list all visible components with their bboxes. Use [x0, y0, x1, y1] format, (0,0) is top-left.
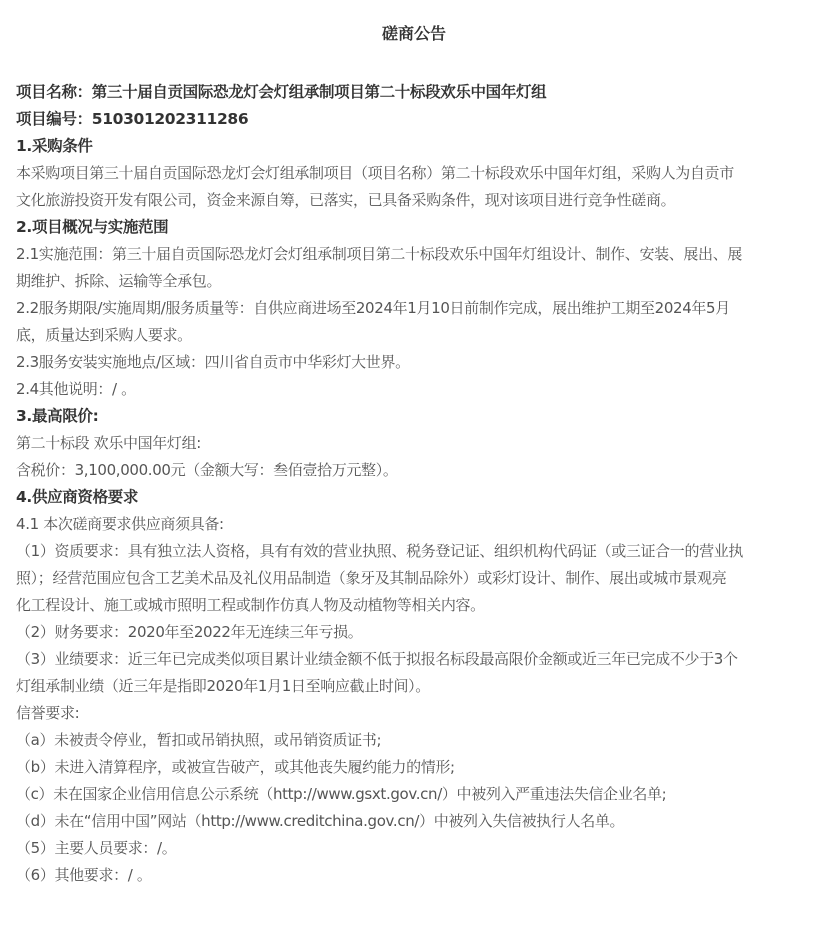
paragraph-line: 2.3服务安装实施地点/区域：四川省自贡市中华彩灯大世界。	[16, 349, 812, 376]
paragraph-line: 底，质量达到采购人要求。	[16, 322, 812, 349]
project-name-row: 项目名称：第三十届自贡国际恐龙灯会灯组承制项目第二十标段欢乐中国年灯组	[16, 79, 812, 106]
announcement-document: 磋商公告 项目名称：第三十届自贡国际恐龙灯会灯组承制项目第二十标段欢乐中国年灯组…	[0, 22, 828, 889]
paragraph-line: （a）未被责令停业，暂扣或吊销执照，或吊销资质证书;	[16, 727, 812, 754]
paragraph-line: （3）业绩要求：近三年已完成类似项目累计业绩金额不低于拟报名标段最高限价金额或近…	[16, 646, 812, 673]
project-number-value: 510301202311286	[92, 110, 249, 128]
section-heading-max-price: 3.最高限价:	[16, 403, 812, 430]
document-title: 磋商公告	[16, 22, 812, 46]
paragraph-line: 期维护、拆除、运输等全承包。	[16, 268, 812, 295]
paragraph-line: 2.2服务期限/实施周期/服务质量等：自供应商进场至2024年1月10日前制作完…	[16, 295, 812, 322]
paragraph-line: 灯组承制业绩（近三年是指即2020年1月1日至响应截止时间）。	[16, 673, 812, 700]
paragraph-line: （d）未在“信用中国”网站（http://www.creditchina.gov…	[16, 808, 812, 835]
section-heading-project-overview: 2.项目概况与实施范围	[16, 214, 812, 241]
paragraph-line: 本采购项目第三十届自贡国际恐龙灯会灯组承制项目（项目名称）第二十标段欢乐中国年灯…	[16, 160, 812, 187]
paragraph-line: 含税价：3,100,000.00元（金额大写：叁佰壹拾万元整）。	[16, 457, 812, 484]
paragraph-line: 化工程设计、施工或城市照明工程或制作仿真人物及动植物等相关内容。	[16, 592, 812, 619]
paragraph-line: （1）资质要求：具有独立法人资格，具有有效的营业执照、税务登记证、组织机构代码证…	[16, 538, 812, 565]
paragraph-line: 文化旅游投资开发有限公司，资金来源自筹，已落实，已具备采购条件，现对该项目进行竞…	[16, 187, 812, 214]
paragraph-line: （b）未进入清算程序，或被宣告破产，或其他丧失履约能力的情形;	[16, 754, 812, 781]
paragraph-line: （6）其他要求：/ 。	[16, 862, 812, 889]
project-name-value: 第三十届自贡国际恐龙灯会灯组承制项目第二十标段欢乐中国年灯组	[92, 83, 547, 101]
paragraph-line: 2.4其他说明：/ 。	[16, 376, 812, 403]
paragraph-line: （c）未在国家企业信用信息公示系统（http://www.gsxt.gov.cn…	[16, 781, 812, 808]
section-heading-supplier-qualifications: 4.供应商资格要求	[16, 484, 812, 511]
paragraph-line: 第二十标段 欢乐中国年灯组:	[16, 430, 812, 457]
project-number-label: 项目编号：	[16, 110, 92, 128]
paragraph-line: 信誉要求:	[16, 700, 812, 727]
section-heading-procurement-conditions: 1.采购条件	[16, 133, 812, 160]
paragraph-line: （5）主要人员要求：/。	[16, 835, 812, 862]
project-name-label: 项目名称：	[16, 83, 92, 101]
spacer	[16, 46, 812, 79]
paragraph-line: （2）财务要求：2020年至2022年无连续三年亏损。	[16, 619, 812, 646]
project-number-row: 项目编号：510301202311286	[16, 106, 812, 133]
paragraph-line: 照）；经营范围应包含工艺美术品及礼仪用品制造（象牙及其制品除外）或彩灯设计、制作…	[16, 565, 812, 592]
paragraph-line: 4.1 本次磋商要求供应商须具备:	[16, 511, 812, 538]
paragraph-line: 2.1实施范围：第三十届自贡国际恐龙灯会灯组承制项目第二十标段欢乐中国年灯组设计…	[16, 241, 812, 268]
